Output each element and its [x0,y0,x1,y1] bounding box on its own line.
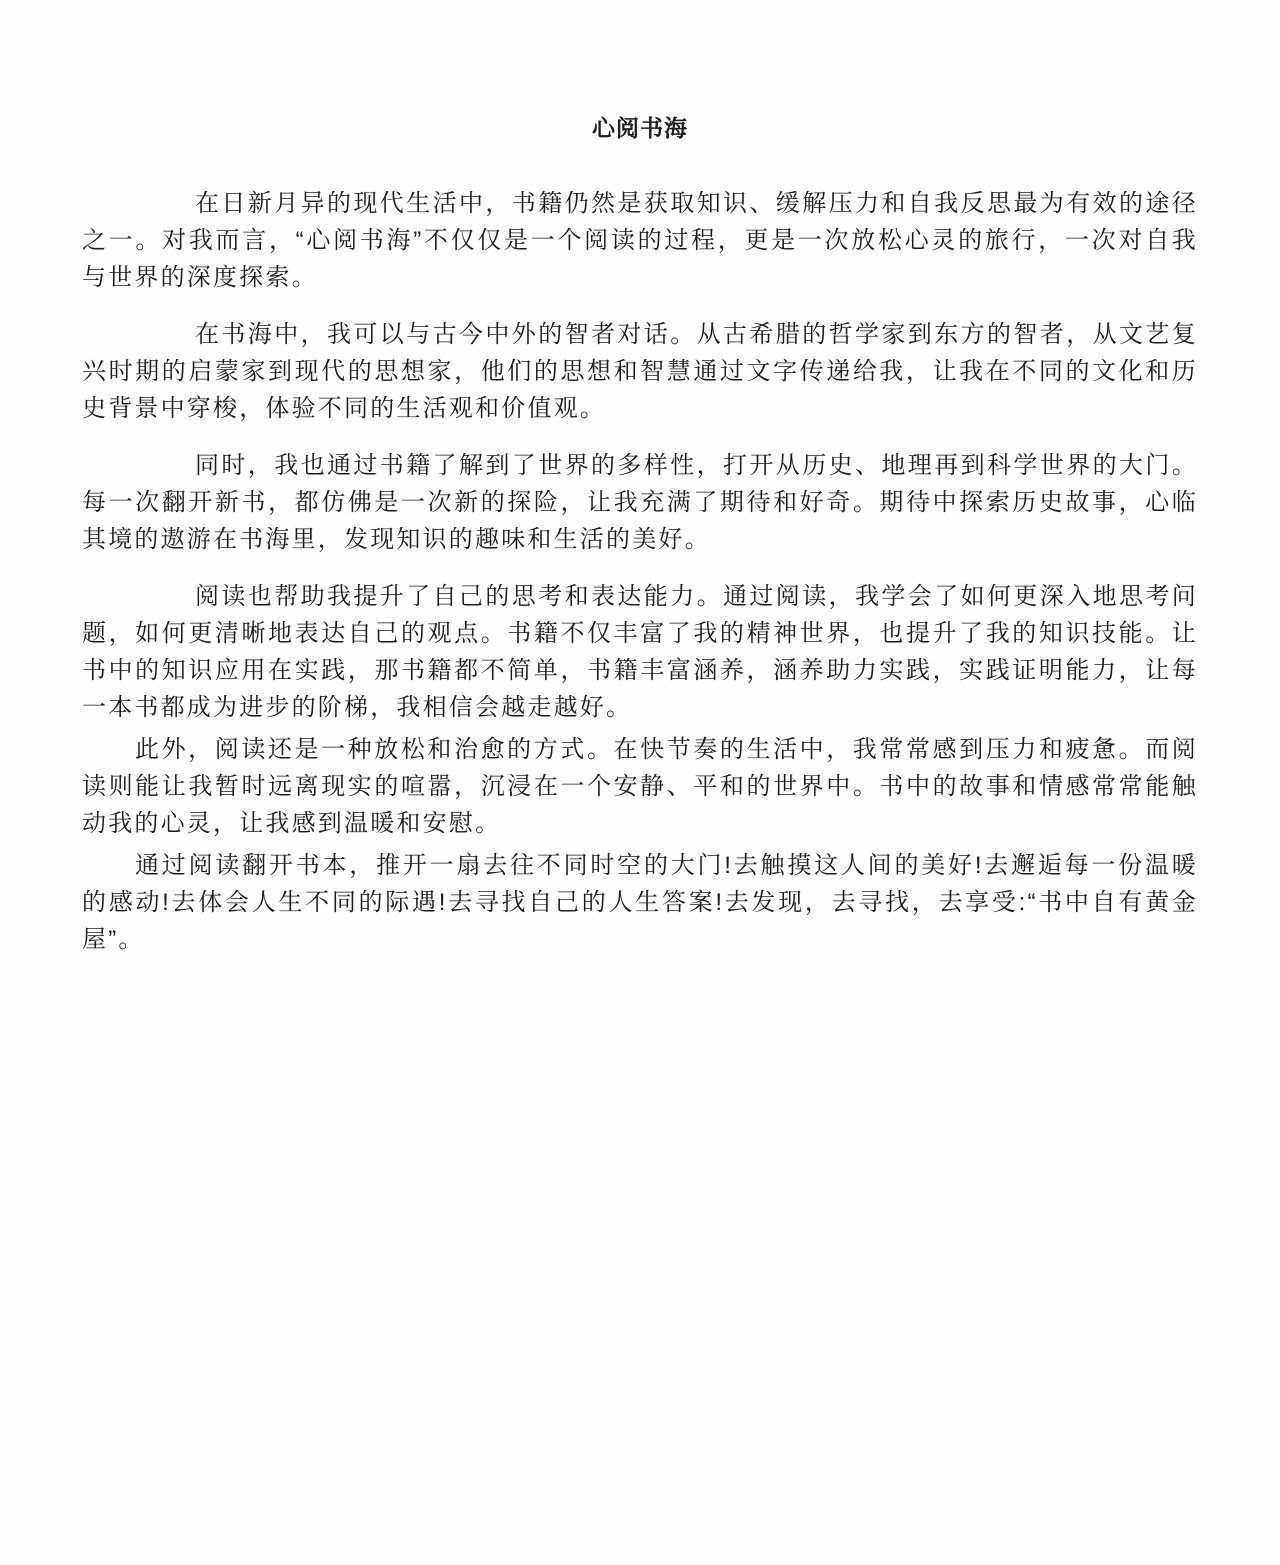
paragraph-2: 在书海中，我可以与古今中外的智者对话。从古希腊的哲学家到东方的智者，从文艺复兴时… [82,316,1198,427]
paragraph-1: 在日新月异的现代生活中，书籍仍然是获取知识、缓解压力和自我反思最为有效的途径之一… [82,185,1198,296]
paragraph-5: 此外，阅读还是一种放松和治愈的方式。在快节奏的生活中，我常常感到压力和疲惫。而阅… [82,731,1198,842]
paragraph-3: 同时，我也通过书籍了解到了世界的多样性，打开从历史、地理再到科学世界的大门。每一… [82,447,1198,558]
paragraph-4: 阅读也帮助我提升了自己的思考和表达能力。通过阅读，我学会了如何更深入地思考问题，… [82,578,1198,726]
paragraph-6: 通过阅读翻开书本，推开一扇去往不同时空的大门!去触摸这人间的美好!去邂逅每一份温… [82,847,1198,958]
document-title: 心阅书海 [82,112,1198,145]
document-page: 心阅书海 在日新月异的现代生活中，书籍仍然是获取知识、缓解压力和自我反思最为有效… [0,0,1280,1565]
